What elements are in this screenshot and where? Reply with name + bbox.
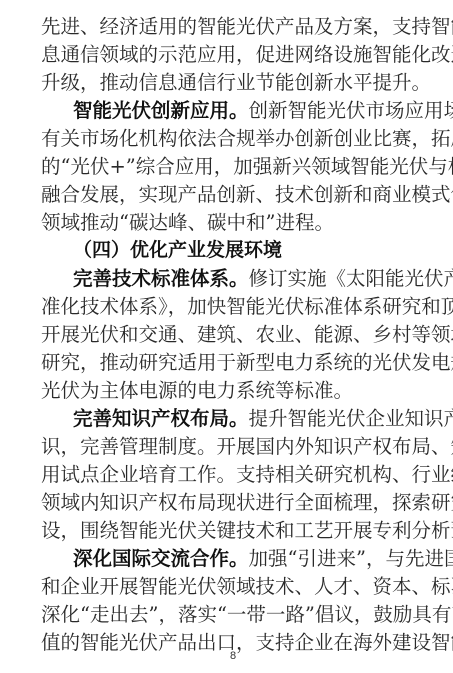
paragraph-line: 息通信领域的示范应用，促进网络设施智能化改造和绿色化 <box>41 41 425 69</box>
paragraph-line: 领域推动“碳达峰、碳中和”进程。 <box>41 209 425 237</box>
paragraph-line: 光伏为主体电源的电力系统等标准。 <box>41 377 425 405</box>
paragraph-first-line: 深化国际交流合作。加强“引进来”，与先进国际机构 <box>73 545 425 573</box>
paragraph-line: 用试点企业培育工作。支持相关研究机构、行业组织对光伏 <box>41 461 425 489</box>
paragraph-line: 有关市场化机构依法合规举办创新创业比赛，拓展多种形式 <box>41 125 425 153</box>
paragraph-text: 修订实施《太阳能光伏产业综合标 <box>249 267 453 290</box>
paragraph-line: 的“光伏+”综合应用，加强新兴领域智能光伏与相关产业 <box>41 153 425 181</box>
page-number: 8 <box>226 650 240 662</box>
paragraph-line: 先进、经济适用的智能光伏产品及方案，支持智能光伏在信 <box>41 13 425 41</box>
paragraph-line: 研究，推动研究适用于新型电力系统的光伏发电规范和基于 <box>41 349 425 377</box>
paragraph-text: 创新智能光伏市场应用场景，支持 <box>249 99 453 122</box>
paragraph-text: 加强“引进来”，与先进国际机构 <box>249 547 453 570</box>
paragraph-bold-lead: 智能光伏创新应用。 <box>73 99 249 122</box>
section-heading: （四）优化产业发展环境 <box>73 236 282 264</box>
paragraph-first-line: 智能光伏创新应用。创新智能光伏市场应用场景，支持 <box>73 97 425 125</box>
paragraph-bold-lead: 完善技术标准体系。 <box>73 267 249 290</box>
paragraph-text: 提升智能光伏企业知识产权保护意 <box>249 407 453 430</box>
paragraph-first-line: 完善知识产权布局。提升智能光伏企业知识产权保护意 <box>73 405 425 433</box>
paragraph-line: 和企业开展智能光伏领域技术、人才、资本、标准等合作。 <box>41 573 425 601</box>
paragraph-line: 升级，推动信息通信行业节能创新水平提升。 <box>41 69 425 97</box>
paragraph-bold-lead: 完善知识产权布局。 <box>73 407 249 430</box>
paragraph-line: 准化技术体系》，加快智能光伏标准体系研究和顶层设计。 <box>41 293 425 321</box>
paragraph-line: 融合发展，实现产品创新、技术创新和商业模式创新，在各 <box>41 181 425 209</box>
paragraph-line: 设，围绕智能光伏关键技术和工艺开展专利分析预警。 <box>41 517 425 545</box>
paragraph-first-line: 完善技术标准体系。修订实施《太阳能光伏产业综合标 <box>73 265 425 293</box>
document-page: 先进、经济适用的智能光伏产品及方案，支持智能光伏在信 息通信领域的示范应用，促进… <box>0 0 453 673</box>
paragraph-line: 识，完善管理制度。开展国内外知识产权布局、知识产权运 <box>41 433 425 461</box>
paragraph-line: 深化“走出去”，落实“一带一路”倡议，鼓励具有高附加 <box>41 601 425 629</box>
paragraph-line: 领域内知识产权布局现状进行全面梳理，探索研究专利池建 <box>41 489 425 517</box>
paragraph-bold-lead: 深化国际交流合作。 <box>73 547 249 570</box>
paragraph-line: 开展光伏和交通、建筑、农业、能源、乡村等领域结合标准 <box>41 321 425 349</box>
